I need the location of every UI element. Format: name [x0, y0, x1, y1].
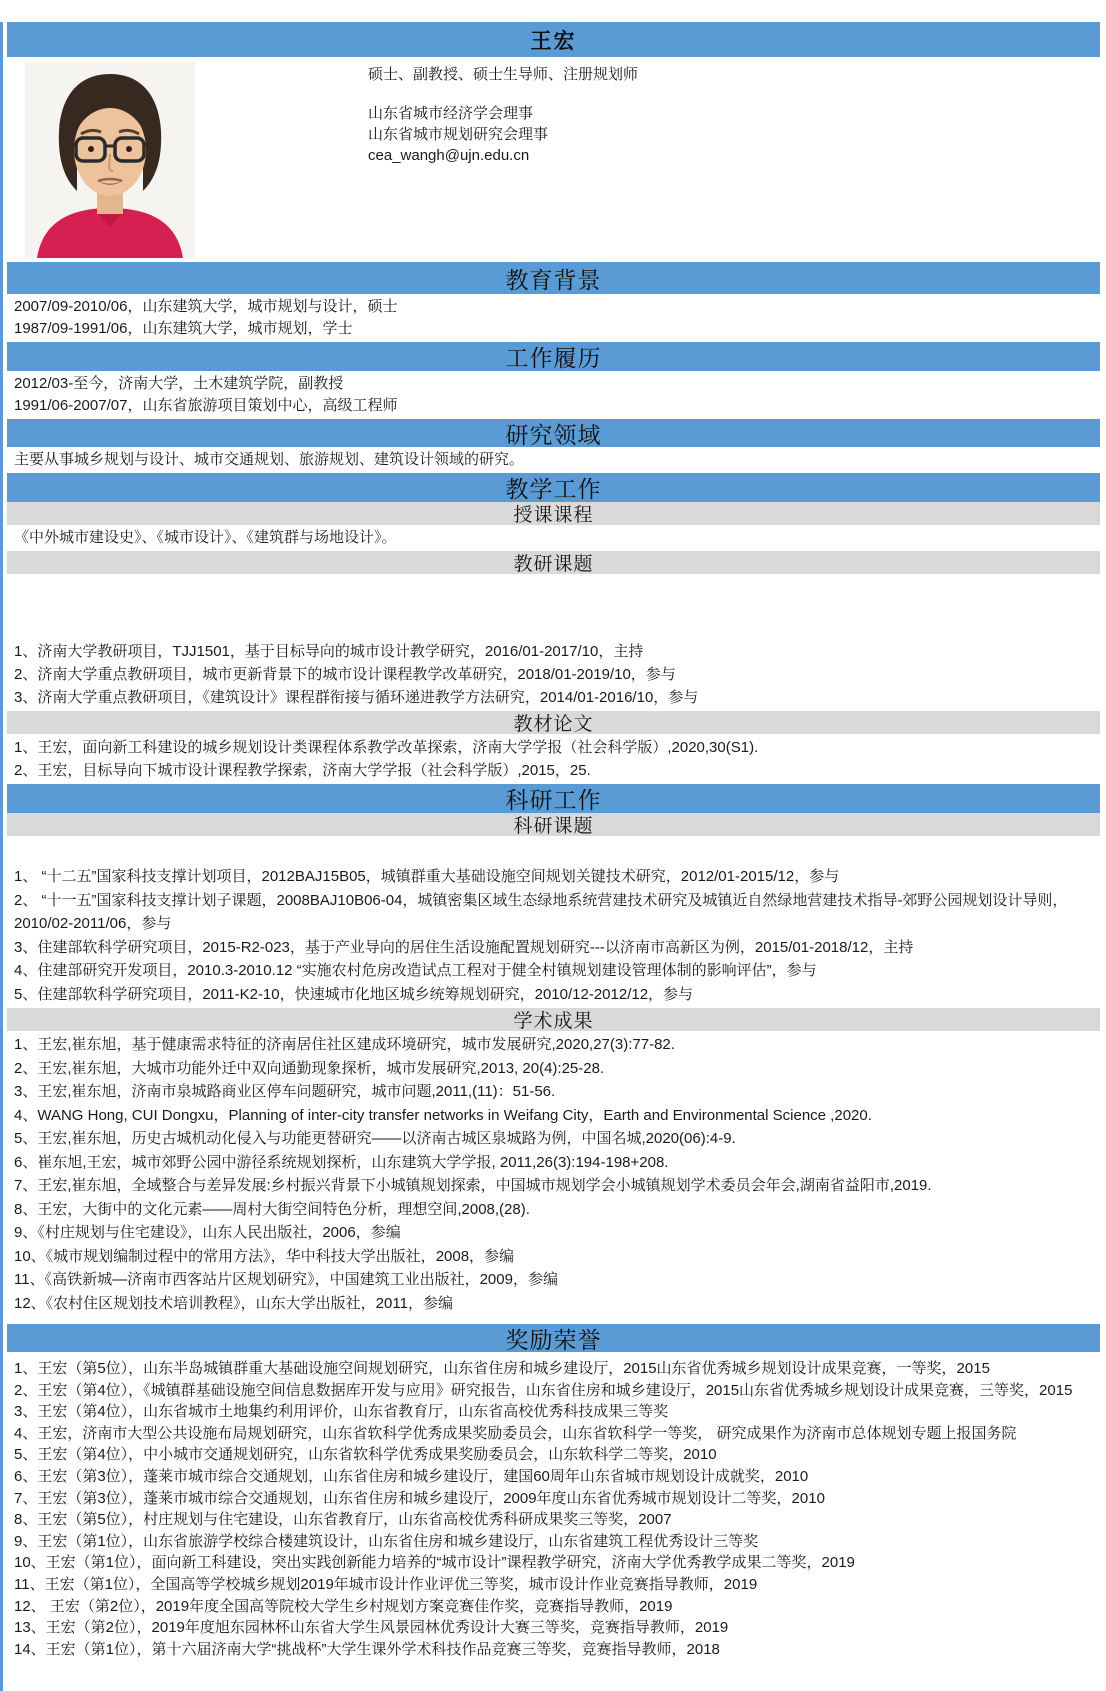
list-item: 1、王宏,崔东旭，基于健康需求特征的济南居住社区建成环境研究，城市发展研究,20…: [14, 1033, 1100, 1057]
list-item: 3、住建部软科学研究项目，2015-R2-023，基于产业导向的居住生活设施配置…: [14, 936, 1100, 960]
list-item: 2、济南大学重点教研项目，城市更新背景下的城市设计课程教学改革研究，2018/0…: [14, 663, 1100, 686]
profile-info: 硕士、副教授、硕士生导师、注册规划师 山东省城市经济学会理事 山东省城市规划研究…: [368, 57, 638, 262]
list-item: 8、王宏（第5位），村庄规划与住宅建设，山东省教育厅，山东省高校优秀科研成果奖三…: [14, 1509, 1100, 1531]
research-area-line: 主要从事城乡规划与设计、城市交通规划、旅游规划、建筑设计领域的研究。: [14, 449, 1100, 471]
achievements-list: 1、王宏,崔东旭，基于健康需求特征的济南居住社区建成环境研究，城市发展研究,20…: [7, 1031, 1100, 1317]
list-item: 12、《农村住区规划技术培训教程》，山东大学出版社，2011，参编: [14, 1292, 1100, 1316]
section-title: 研究领域: [506, 417, 602, 450]
section-header-awards: 奖励荣誉: [7, 1324, 1100, 1352]
subsection-header-textbook-papers: 教材论文: [7, 711, 1100, 734]
subsection-title: 教材论文: [513, 709, 593, 736]
list-item: 11、《高铁新城—济南市西客站片区规划研究》，中国建筑工业出版社，2009，参编: [14, 1268, 1100, 1292]
list-item: 10、王宏（第1位），面向新工科建设，突出实践创新能力培养的“城市设计”课程教学…: [14, 1552, 1100, 1574]
list-item: 11、王宏（第1位），全国高等学校城乡规划2019年城市设计作业评优三等奖，城市…: [14, 1574, 1100, 1596]
list-item: 5、王宏（第4位），中小城市交通规划研究，山东省软科学优秀成果奖励委员会，山东软…: [14, 1444, 1100, 1466]
list-item: 2012/03-至今，济南大学，土木建筑学院，副教授: [14, 373, 1100, 395]
list-item: 3、济南大学重点教研项目，《建筑设计》课程群衔接与循环递进教学方法研究，2014…: [14, 686, 1100, 709]
list-item: 1、王宏（第5位），山东半岛城镇群重大基础设施空间规划研究，山东省住房和城乡建设…: [14, 1358, 1100, 1380]
section-header-research-area: 研究领域: [7, 419, 1100, 447]
list-item: 5、住建部软科学研究项目，2011-K2-10，快速城市化地区城乡统筹规划研究，…: [14, 983, 1100, 1007]
portrait-image: [25, 62, 195, 258]
list-item: 6、王宏（第3位），蓬莱市城市综合交通规划，山东省住房和城乡建设厅，建国60周年…: [14, 1466, 1100, 1488]
research-area-text: 主要从事城乡规划与设计、城市交通规划、旅游规划、建筑设计领域的研究。: [7, 447, 1100, 473]
list-item: 8、王宏，大街中的文化元素——周村大街空间特色分析，理想空间,2008,(28)…: [14, 1198, 1100, 1222]
teaching-projects-list: 1、济南大学教研项目，TJJ1501，基于目标导向的城市设计教学研究，2016/…: [7, 638, 1100, 711]
section-title: 教育背景: [506, 262, 602, 295]
list-item: 2、王宏，目标导向下城市设计课程教学探索，济南大学学报（社会科学版）,2015，…: [14, 759, 1100, 782]
section-title: 工作履历: [506, 340, 602, 373]
subsection-header-research-projects: 科研课题: [7, 813, 1100, 836]
list-item: 4、WANG Hong, CUI Dongxu，Planning of inte…: [14, 1104, 1100, 1128]
profile-spacer: [368, 85, 638, 103]
list-item: 2007/09-2010/06，山东建筑大学，城市规划与设计，硕士: [14, 296, 1100, 318]
list-item: 2、王宏,崔东旭，大城市功能外迁中双向通勤现象探析，城市发展研究,2013, 2…: [14, 1057, 1100, 1081]
profile-section: 硕士、副教授、硕士生导师、注册规划师 山东省城市经济学会理事 山东省城市规划研究…: [0, 57, 1106, 262]
education-list: 2007/09-2010/06，山东建筑大学，城市规划与设计，硕士1987/09…: [7, 294, 1100, 342]
work-list: 2012/03-至今，济南大学，土木建筑学院，副教授1991/06-2007/0…: [7, 371, 1100, 419]
membership-1: 山东省城市经济学会理事: [368, 103, 638, 124]
list-item: 9、《村庄规划与住宅建设》，山东人民出版社，2006，参编: [14, 1221, 1100, 1245]
section-header-education: 教育背景: [7, 262, 1100, 294]
list-item: 1987/09-1991/06，山东建筑大学，城市规划，学士: [14, 318, 1100, 340]
list-item: 7、王宏,崔东旭，全域整合与差异发展:乡村振兴背景下小城镇规划探索，中国城市规划…: [14, 1174, 1100, 1198]
subsection-header-achievements: 学术成果: [7, 1008, 1100, 1031]
list-item: 13、王宏（第2位），2019年度旭东园林杯山东省大学生风景园林优秀设计大赛三等…: [14, 1617, 1100, 1639]
list-item: 4、王宏，济南市大型公共设施布局规划研究，山东省软科学优秀成果奖励委员会，山东省…: [14, 1423, 1100, 1445]
textbook-papers-list: 1、王宏，面向新工科建设的城乡规划设计类课程体系教学改革探索，济南大学学报（社会…: [7, 734, 1100, 784]
membership-2: 山东省城市规划研究会理事: [368, 124, 638, 145]
profile-titles: 硕士、副教授、硕士生导师、注册规划师: [368, 64, 638, 85]
page-title: 王宏: [7, 22, 1100, 57]
courses-text: 《中外城市建设史》、《城市设计》、《建筑群与场地设计》。: [7, 525, 1100, 551]
list-item: 2、 “十一五”国家科技支撑计划子课题，2008BAJ10B06-04，城镇密集…: [14, 889, 1100, 936]
subsection-title: 教研课题: [513, 549, 593, 576]
list-item: 1、 “十二五”国家科技支撑计划项目，2012BAJ15B05，城镇群重大基础设…: [14, 865, 1100, 889]
courses-line: 《中外城市建设史》、《城市设计》、《建筑群与场地设计》。: [14, 527, 1100, 549]
awards-list: 1、王宏（第5位），山东半岛城镇群重大基础设施空间规划研究，山东省住房和城乡建设…: [7, 1352, 1100, 1662]
subsection-header-courses: 授课课程: [7, 502, 1100, 525]
list-item: 7、王宏（第3位），蓬莱市城市综合交通规划，山东省住房和城乡建设厅，2009年度…: [14, 1488, 1100, 1510]
section-header-work: 工作履历: [7, 342, 1100, 371]
subsection-title: 学术成果: [513, 1006, 593, 1033]
list-item: 2、王宏（第4位），《城镇群基础设施空间信息数据库开发与应用》研究报告，山东省住…: [14, 1380, 1100, 1402]
list-item: 1、济南大学教研项目，TJJ1501，基于目标导向的城市设计教学研究，2016/…: [14, 640, 1100, 663]
list-item: 6、崔东旭,王宏，城市郊野公园中游径系统规划探析，山东建筑大学学报, 2011,…: [14, 1151, 1100, 1175]
list-item: 1991/06-2007/07，山东省旅游项目策划中心，高级工程师: [14, 395, 1100, 417]
list-item: 12、 王宏（第2位），2019年度全国高等院校大学生乡村规划方案竞赛佳作奖，竞…: [14, 1596, 1100, 1618]
list-item: 9、王宏（第1位），山东省旅游学校综合楼建筑设计，山东省住房和城乡建设厅，山东省…: [14, 1531, 1100, 1553]
list-item: 4、住建部研究开发项目，2010.3-2010.12 “实施农村危房改造试点工程…: [14, 959, 1100, 983]
email-text: cea_wangh@ujn.edu.cn: [368, 145, 638, 166]
list-item: 1、王宏，面向新工科建设的城乡规划设计类课程体系教学改革探索，济南大学学报（社会…: [14, 736, 1100, 759]
person-name: 王宏: [531, 25, 577, 55]
subsection-title: 科研课题: [513, 811, 593, 838]
list-item: 10、《城市规划编制过程中的常用方法》，华中科技大学出版社，2008，参编: [14, 1245, 1100, 1269]
section-title: 奖励荣誉: [506, 1322, 602, 1355]
list-item: 3、王宏,崔东旭，济南市泉城路商业区停车问题研究，城市问题,2011,(11)：…: [14, 1080, 1100, 1104]
subsection-title: 授课课程: [513, 500, 593, 527]
section-header-teaching: 教学工作: [7, 473, 1100, 502]
section-header-scientific: 科研工作: [7, 784, 1100, 813]
research-projects-list: 1、 “十二五”国家科技支撑计划项目，2012BAJ15B05，城镇群重大基础设…: [7, 863, 1100, 1008]
subsection-header-teaching-projects: 教研课题: [7, 551, 1100, 574]
list-item: 3、王宏（第4位），山东省城市土地集约利用评价，山东省教育厅，山东省高校优秀科技…: [14, 1401, 1100, 1423]
list-item: 14、王宏（第1位），第十六届济南大学“挑战杯”大学生课外学术科技作品竞赛三等奖…: [14, 1639, 1100, 1661]
list-item: 5、王宏,崔东旭，历史古城机动化侵入与功能更替研究——以济南古城区泉城路为例，中…: [14, 1127, 1100, 1151]
page-left-border: [0, 22, 3, 1691]
profile-photo: [25, 62, 195, 258]
